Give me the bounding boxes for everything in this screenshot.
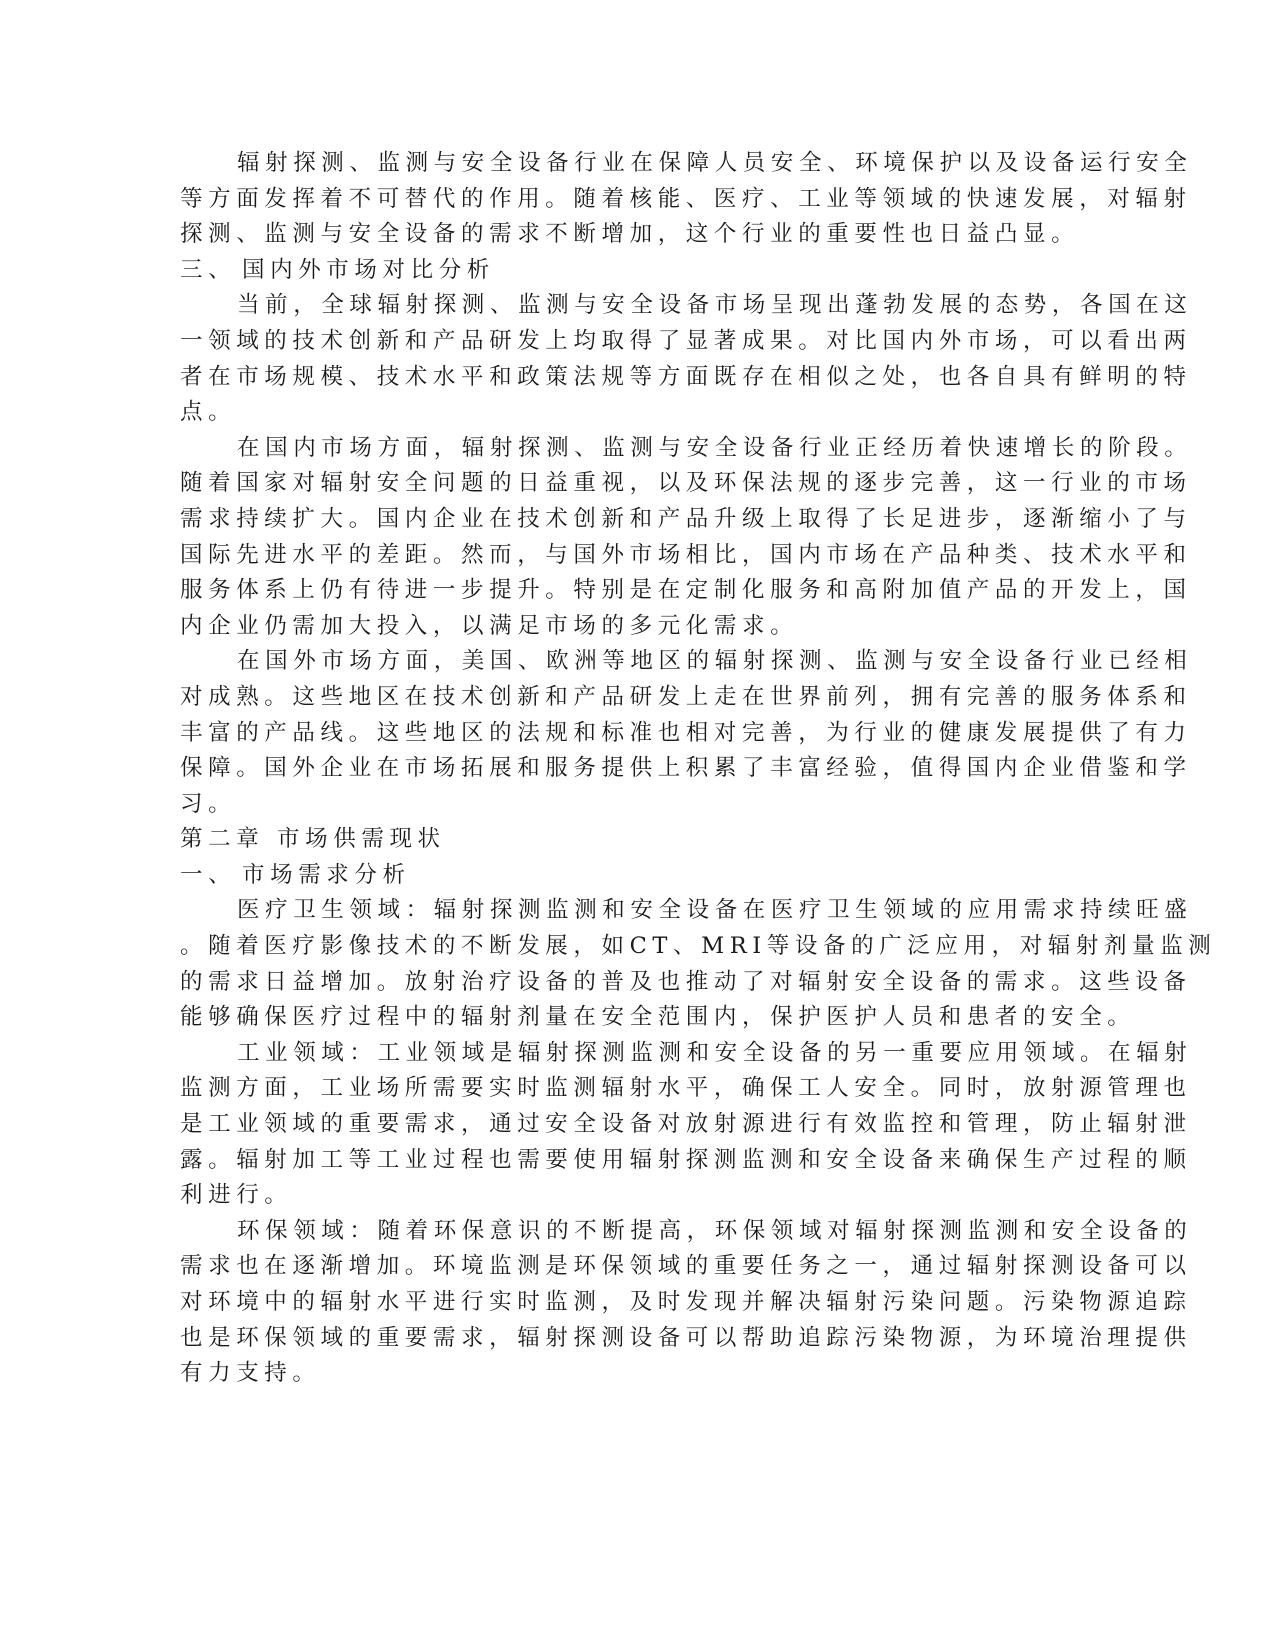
paragraph-line: 探测、监测与安全设备的需求不断增加，这个行业的重要性也日益凸显。 xyxy=(180,217,1040,253)
foreign-market-paragraph: 在国外市场方面，美国、欧洲等地区的辐射探测、监测与安全设备行业已经相 对成熟。这… xyxy=(180,644,1040,822)
paragraph-line: 随着国家对辐射安全问题的日益重视，以及环保法规的逐步完善，这一行业的市场 xyxy=(180,466,1040,502)
paragraph-line: 利进行。 xyxy=(180,1178,1040,1214)
paragraph-line: 工业领域：工业领域是辐射探测监测和安全设备的另一重要应用领域。在辐射 xyxy=(180,1036,1040,1072)
paragraph-line: 国际先进水平的差距。然而，与国外市场相比，国内市场在产品种类、技术水平和 xyxy=(180,538,1040,574)
paragraph-line: 也是环保领域的重要需求，辐射探测设备可以帮助追踪污染物源，为环境治理提供 xyxy=(180,1321,1040,1357)
environmental-field-paragraph: 环保领域：随着环保意识的不断提高，环保领域对辐射探测监测和安全设备的 需求也在逐… xyxy=(180,1214,1040,1392)
paragraph-line: 。随着医疗影像技术的不断发展，如CT、MRI等设备的广泛应用，对辐射剂量监测 xyxy=(180,929,1040,965)
paragraph-line: 需求也在逐渐增加。环境监测是环保领域的重要任务之一，通过辐射探测设备可以 xyxy=(180,1249,1040,1285)
paragraph-line: 在国外市场方面，美国、欧洲等地区的辐射探测、监测与安全设备行业已经相 xyxy=(180,644,1040,680)
document-page: 辐射探测、监测与安全设备行业在保障人员安全、环境保护以及设备运行安全 等方面发挥… xyxy=(180,146,1040,1392)
intro-importance-paragraph: 辐射探测、监测与安全设备行业在保障人员安全、环境保护以及设备运行安全 等方面发挥… xyxy=(180,146,1040,253)
paragraph-line: 等方面发挥着不可替代的作用。随着核能、医疗、工业等领域的快速发展，对辐射 xyxy=(180,182,1040,218)
paragraph-line: 有力支持。 xyxy=(180,1356,1040,1392)
section-title: 市场需求分析 xyxy=(242,862,411,888)
paragraph-line: 是工业领域的重要需求，通过安全设备对放射源进行有效监控和管理，防止辐射泄 xyxy=(180,1107,1040,1143)
paragraph-line: 的需求日益增加。放射治疗设备的普及也推动了对辐射安全设备的需求。这些设备 xyxy=(180,965,1040,1001)
section-3-heading: 三、国内外市场对比分析 xyxy=(180,253,1040,289)
global-market-paragraph: 当前，全球辐射探测、监测与安全设备市场呈现出蓬勃发展的态势，各国在这 一领域的技… xyxy=(180,288,1040,430)
paragraph-line: 环保领域：随着环保意识的不断提高，环保领域对辐射探测监测和安全设备的 xyxy=(180,1214,1040,1250)
paragraph-line: 内企业仍需加大投入，以满足市场的多元化需求。 xyxy=(180,609,1040,645)
section-number: 一、 xyxy=(180,858,242,894)
paragraph-line: 对成熟。这些地区在技术创新和产品研发上走在世界前列，拥有完善的服务体系和 xyxy=(180,680,1040,716)
section-title: 国内外市场对比分析 xyxy=(242,257,495,283)
section-1-heading: 一、市场需求分析 xyxy=(180,858,1040,894)
paragraph-line: 者在市场规模、技术水平和政策法规等方面既存在相似之处，也各自具有鲜明的特 xyxy=(180,360,1040,396)
paragraph-line: 当前，全球辐射探测、监测与安全设备市场呈现出蓬勃发展的态势，各国在这 xyxy=(180,288,1040,324)
paragraph-line: 保障。国外企业在市场拓展和服务提供上积累了丰富经验，值得国内企业借鉴和学 xyxy=(180,751,1040,787)
paragraph-line: 需求持续扩大。国内企业在技术创新和产品升级上取得了长足进步，逐渐缩小了与 xyxy=(180,502,1040,538)
paragraph-line: 服务体系上仍有待进一步提升。特别是在定制化服务和高附加值产品的开发上，国 xyxy=(180,573,1040,609)
paragraph-line: 能够确保医疗过程中的辐射剂量在安全范围内，保护医护人员和患者的安全。 xyxy=(180,1000,1040,1036)
section-number: 三、 xyxy=(180,253,242,289)
domestic-market-paragraph: 在国内市场方面，辐射探测、监测与安全设备行业正经历着快速增长的阶段。 随着国家对… xyxy=(180,431,1040,645)
paragraph-line: 辐射探测、监测与安全设备行业在保障人员安全、环境保护以及设备运行安全 xyxy=(180,146,1040,182)
paragraph-line: 监测方面，工业场所需要实时监测辐射水平，确保工人安全。同时，放射源管理也 xyxy=(180,1071,1040,1107)
paragraph-line: 习。 xyxy=(180,787,1040,823)
paragraph-line: 医疗卫生领域：辐射探测监测和安全设备在医疗卫生领域的应用需求持续旺盛 xyxy=(180,893,1040,929)
paragraph-line: 在国内市场方面，辐射探测、监测与安全设备行业正经历着快速增长的阶段。 xyxy=(180,431,1040,467)
paragraph-line: 露。辐射加工等工业过程也需要使用辐射探测监测和安全设备来确保生产过程的顺 xyxy=(180,1143,1040,1179)
paragraph-line: 对环境中的辐射水平进行实时监测，及时发现并解决辐射污染问题。污染物源追踪 xyxy=(180,1285,1040,1321)
paragraph-line: 丰富的产品线。这些地区的法规和标准也相对完善，为行业的健康发展提供了有力 xyxy=(180,716,1040,752)
chapter-2-heading: 第二章 市场供需现状 xyxy=(180,822,1040,858)
industrial-field-paragraph: 工业领域：工业领域是辐射探测监测和安全设备的另一重要应用领域。在辐射 监测方面，… xyxy=(180,1036,1040,1214)
paragraph-line: 一领域的技术创新和产品研发上均取得了显著成果。对比国内外市场，可以看出两 xyxy=(180,324,1040,360)
paragraph-line: 点。 xyxy=(180,395,1040,431)
medical-field-paragraph: 医疗卫生领域：辐射探测监测和安全设备在医疗卫生领域的应用需求持续旺盛 。随着医疗… xyxy=(180,893,1040,1035)
